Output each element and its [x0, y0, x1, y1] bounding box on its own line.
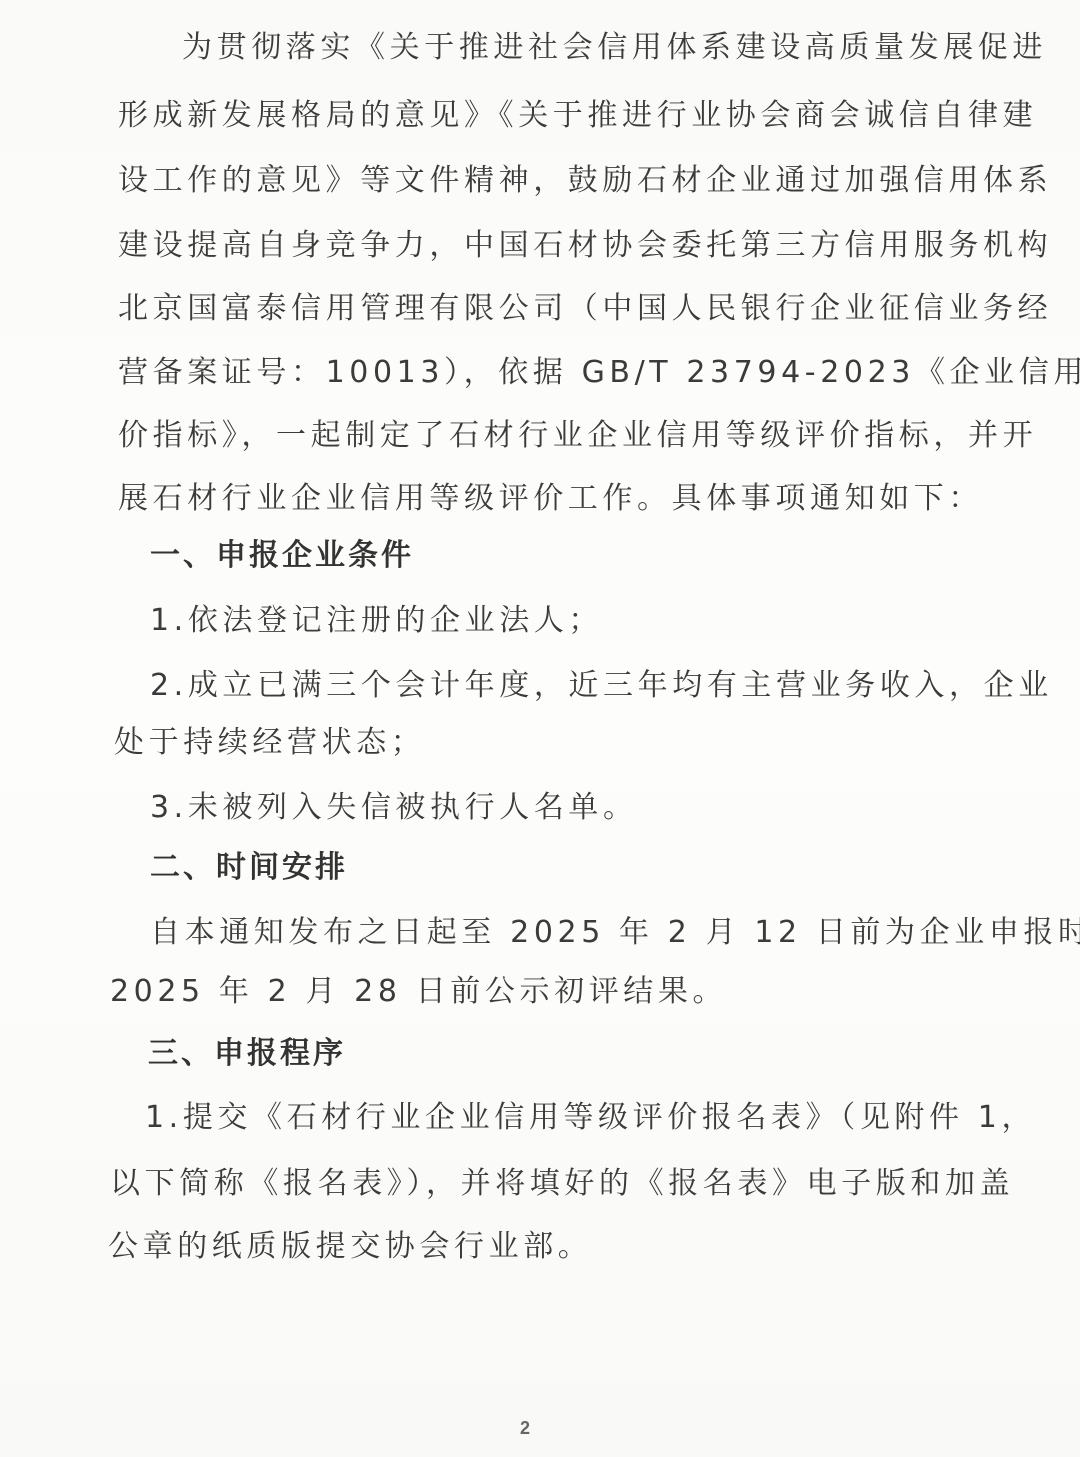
- intro-line-1: 为贯彻落实《关于推进社会信用体系建设高质量发展促进: [182, 30, 1047, 66]
- section-heading-schedule: 二、时间安排: [150, 850, 348, 886]
- procedure-item-1-cont2: 公章的纸质版提交协会行业部。: [108, 1229, 592, 1265]
- condition-item-1: 1.依法登记注册的企业法人；: [150, 603, 603, 639]
- intro-line-6: 营备案证号：10013），依据 GB/T 23794-2023《企业信用评: [118, 355, 1080, 391]
- schedule-line-2: 2025 年 2 月 28 日前公示初评结果。: [110, 974, 727, 1010]
- schedule-line-1: 自本通知发布之日起至 2025 年 2 月 12 日前为企业申报时间；: [150, 915, 1080, 951]
- intro-line-3: 设工作的意见》等文件精神，鼓励石材企业通过加强信用体系: [118, 163, 1052, 199]
- intro-line-5: 北京国富泰信用管理有限公司（中国人民银行企业征信业务经: [118, 291, 1052, 327]
- intro-line-7: 价指标》，一起制定了石材行业企业信用等级评价指标，并开: [118, 418, 1037, 454]
- section-heading-conditions: 一、申报企业条件: [150, 538, 414, 574]
- intro-line-4: 建设提高自身竞争力，中国石材协会委托第三方信用服务机构: [118, 228, 1052, 264]
- procedure-item-1: 1.提交《石材行业企业信用等级评价报名表》（见附件 1，: [145, 1100, 1036, 1136]
- intro-line-2: 形成新发展格局的意见》《关于推进行业协会商会诚信自律建: [118, 98, 1037, 134]
- intro-line-8: 展石材行业企业信用等级评价工作。具体事项通知如下：: [118, 481, 983, 517]
- section-heading-procedure: 三、申报程序: [148, 1036, 346, 1072]
- document-page: 为贯彻落实《关于推进社会信用体系建设高质量发展促进 形成新发展格局的意见》《关于…: [0, 0, 1080, 1457]
- condition-item-3: 3.未被列入失信被执行人名单。: [150, 790, 638, 826]
- page-number: 2: [520, 1418, 530, 1439]
- condition-item-2-cont: 处于持续经营状态；: [114, 725, 425, 761]
- procedure-item-1-cont: 以下简称《报名表》），并将填好的《报名表》电子版和加盖: [110, 1166, 1014, 1202]
- condition-item-2: 2.成立已满三个会计年度，近三年均有主营业务收入，企业: [150, 668, 1053, 704]
